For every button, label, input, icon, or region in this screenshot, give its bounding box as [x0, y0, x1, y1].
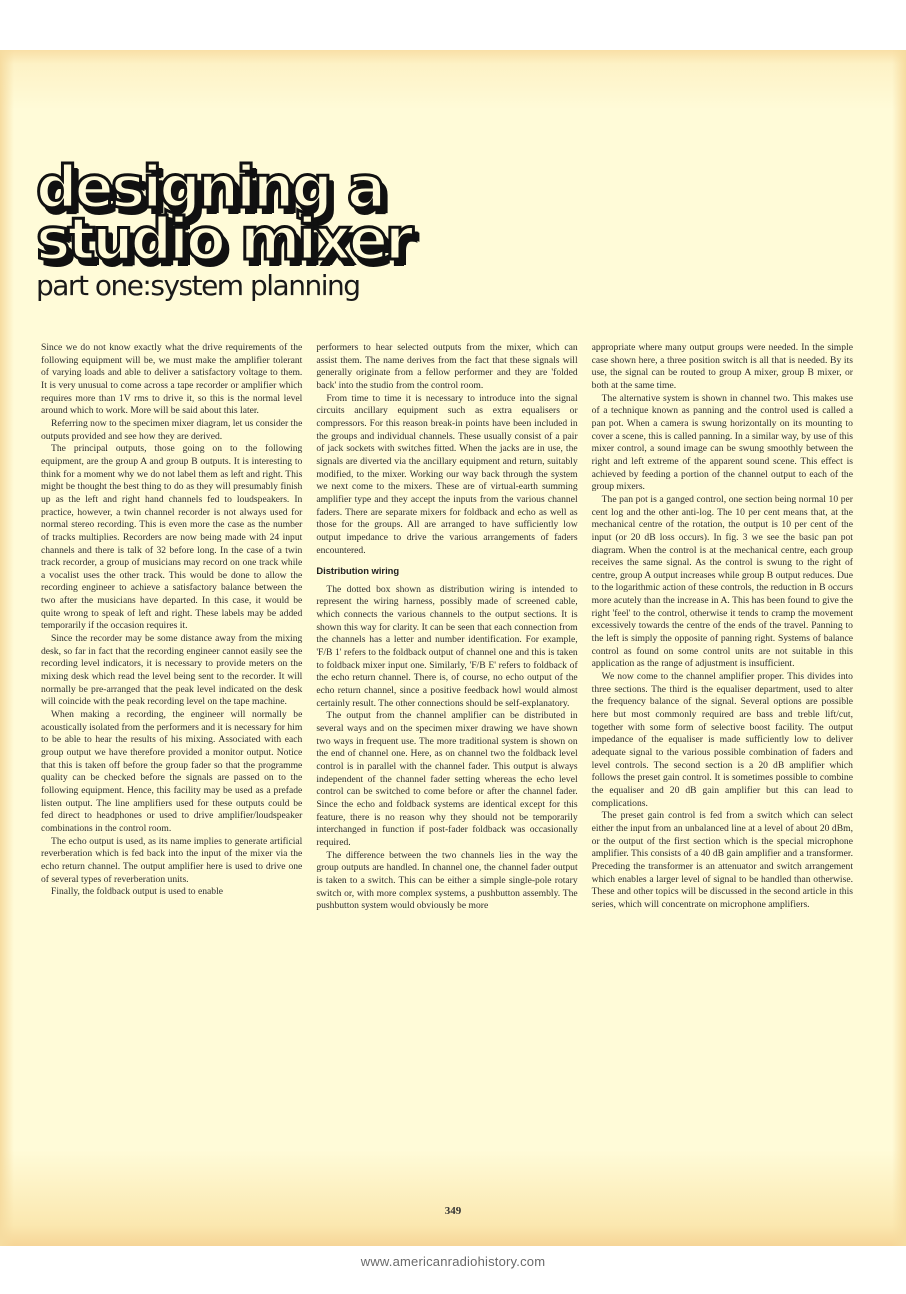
source-url-link[interactable]: www.americanradiohistory.com — [0, 1254, 906, 1269]
paragraph: The principal outputs, those going on to… — [41, 443, 302, 633]
paragraph: Referring now to the specimen mixer diag… — [41, 418, 302, 443]
paragraph: The pan pot is a ganged control, one sec… — [592, 494, 853, 671]
paragraph: Since we do not know exactly what the dr… — [41, 342, 302, 418]
article-subtitle: part one:system planning — [36, 270, 436, 302]
paragraph: The output from the channel amplifier ca… — [316, 710, 577, 849]
text-column-3: appropriate where many output groups wer… — [592, 342, 853, 1172]
text-column-2: performers to hear selected outputs from… — [316, 342, 577, 1172]
paragraph: The dotted box shown as distribution wir… — [316, 584, 577, 711]
paragraph: The preset gain control is fed from a sw… — [592, 810, 853, 911]
article-header: designing a studio mixer part one:system… — [36, 162, 436, 302]
paragraph: From time to time it is necessary to int… — [316, 393, 577, 558]
paragraph: performers to hear selected outputs from… — [316, 342, 577, 393]
paragraph: appropriate where many output groups wer… — [592, 342, 853, 393]
article-title-line-2: studio mixer — [36, 214, 436, 264]
paragraph: We now come to the channel amplifier pro… — [592, 671, 853, 810]
paragraph: The difference between the two channels … — [316, 850, 577, 913]
magazine-page: designing a studio mixer part one:system… — [0, 50, 906, 1246]
paragraph: Since the recorder may be some distance … — [41, 633, 302, 709]
page-number: 349 — [0, 1205, 906, 1217]
paragraph: The echo output is used, as its name imp… — [41, 836, 302, 887]
paragraph: When making a recording, the engineer wi… — [41, 709, 302, 836]
text-column-1: Since we do not know exactly what the dr… — [41, 342, 302, 1172]
paragraph: Finally, the foldback output is used to … — [41, 886, 302, 899]
article-body: Since we do not know exactly what the dr… — [41, 342, 853, 1172]
section-heading: Distribution wiring — [316, 565, 577, 578]
paragraph: The alternative system is shown in chann… — [592, 393, 853, 494]
